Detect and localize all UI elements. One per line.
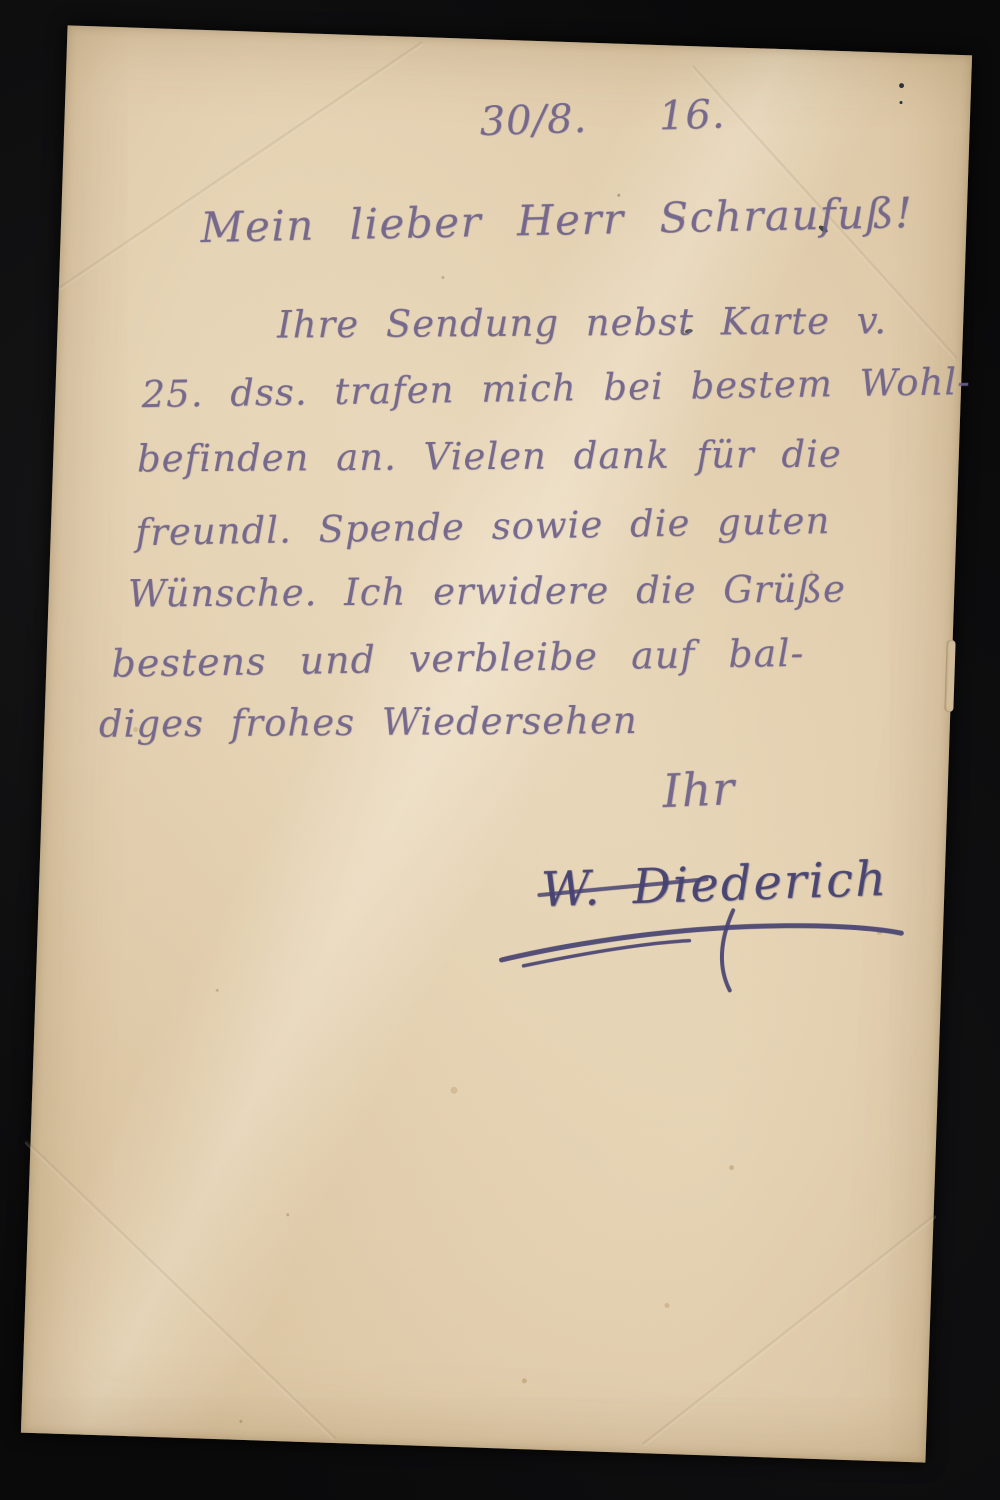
postcard-paper: 30/8. 16. Mein lieber Herr Schraufuß! Ih… (21, 25, 972, 1462)
body-line: freundl. Spende sowie die guten (135, 499, 830, 554)
photo-stage: 30/8. 16. Mein lieber Herr Schraufuß! Ih… (0, 0, 1000, 1500)
body-line: Wünsche. Ich erwidere die Grüße (128, 568, 846, 616)
body-line: bestens und verbleibe auf bal- (111, 631, 804, 686)
body-line: 25. dss. trafen mich bei bestem Wohl- (141, 360, 971, 416)
letter-salutation: Mein lieber Herr Schraufuß! (200, 188, 914, 252)
letter-closing: Ihr (661, 761, 736, 818)
handwriting-layer: 30/8. 16. Mein lieber Herr Schraufuß! Ih… (39, 37, 954, 1451)
body-line: Ihre Sendung nebst Karte v. (277, 299, 887, 346)
signature-underline-flourish (493, 903, 914, 998)
body-line: diges frohes Wiedersehen (99, 699, 638, 746)
body-line: befinden an. Vielen dank für die (137, 433, 842, 481)
foxing-specks (67, 25, 70, 28)
letter-date: 30/8. 16. (479, 91, 726, 145)
